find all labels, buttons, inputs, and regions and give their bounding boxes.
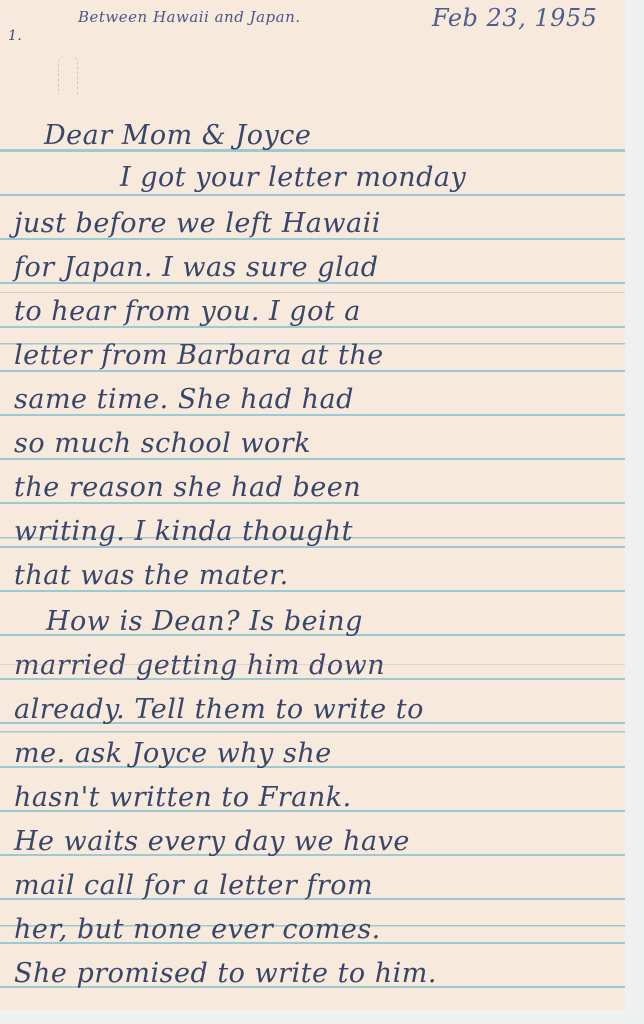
letter-line: so much school work [14,428,311,459]
letter-salutation: Dear Mom & Joyce [44,120,311,151]
letter-line: the reason she had been [14,472,361,503]
letter-line: He waits every day we have [14,826,410,857]
letter-location: Between Hawaii and Japan. [78,8,301,26]
letter-page: 1. Between Hawaii and Japan. Feb 23, 195… [0,0,625,1010]
letter-line: How is Dean? Is being [46,606,363,637]
letter-line: that was the mater. [14,560,289,591]
letter-line: her, but none ever comes. [14,914,381,945]
letter-line: hasn't written to Frank. [14,782,352,813]
letter-line: married getting him down [14,650,385,681]
letter-line: She promised to write to him. [14,958,437,989]
letter-line: writing. I kinda thought [14,516,353,547]
letter-line: me. ask Joyce why she [14,738,332,769]
page-number: 1. [8,28,22,44]
faint-pencil-mark [58,55,78,95]
rule-line [0,194,625,196]
letter-line: just before we left Hawaii [14,208,381,239]
letter-line: already. Tell them to write to [14,694,424,725]
letter-line: to hear from you. I got a [14,296,361,327]
letter-line: for Japan. I was sure glad [14,252,379,283]
letter-line: I got your letter monday [120,162,466,193]
letter-line: mail call for a letter from [14,870,373,901]
letter-date: Feb 23, 1955 [432,4,597,32]
letter-line: letter from Barbara at the [14,340,384,371]
letter-line: same time. She had had [14,384,354,415]
